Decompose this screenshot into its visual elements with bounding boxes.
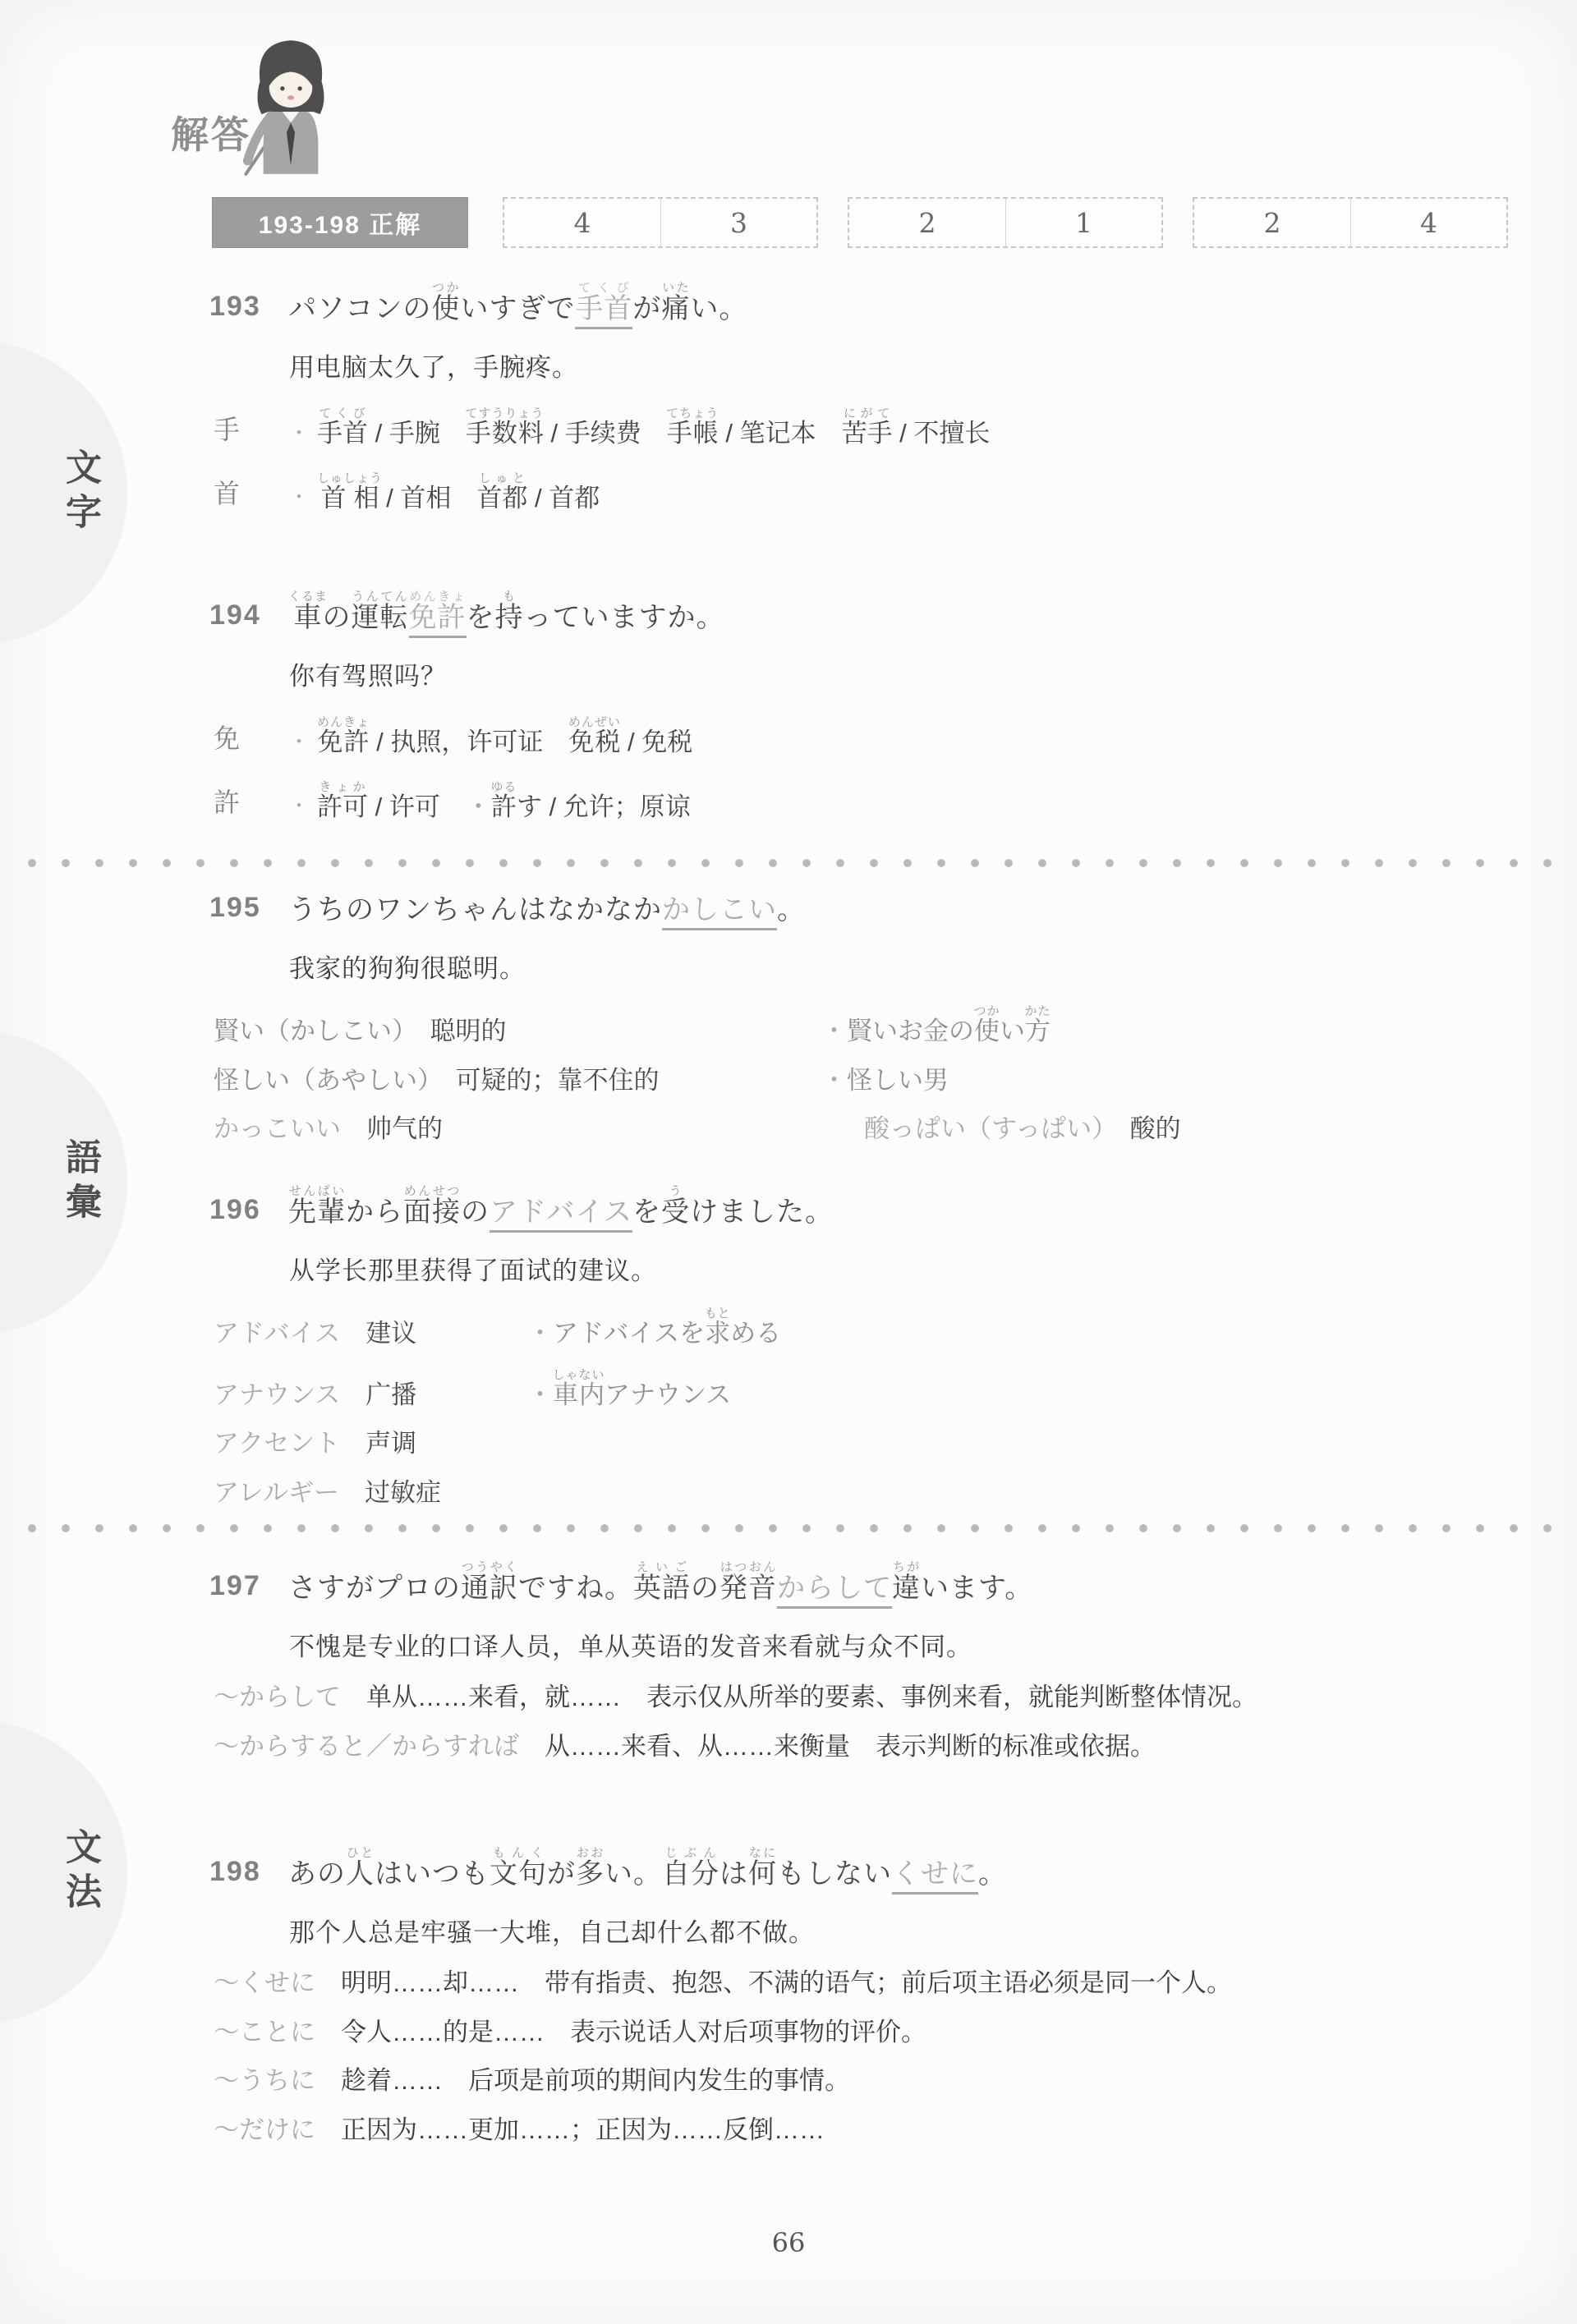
- answer-cell-198: 4: [1350, 199, 1506, 246]
- text-segment: 从……来看、从……来衡量 表示判断的标准或依据。: [519, 1732, 1156, 1761]
- text-segment: ～ことに: [214, 2018, 315, 2046]
- answer-cell-197: 2: [1194, 199, 1350, 246]
- eye-left: [280, 86, 284, 90]
- text-segment: / 笔记本: [719, 419, 842, 448]
- text-segment: 免許めんきょ: [317, 728, 370, 756]
- text-segment: / 执照，许可证: [370, 728, 569, 756]
- teacher-girl-illustration: [232, 31, 349, 181]
- text-segment: す / 允许；原谅: [517, 792, 691, 821]
- dotted-separator: [26, 1523, 1557, 1534]
- bullet-icon: ・: [289, 789, 309, 818]
- text-segment: い: [1000, 1017, 1025, 1045]
- question-195-sentence-row: 195 うちのワンちゃんはなかなかかしこい。: [0, 892, 1577, 926]
- question-number: 198: [209, 1856, 267, 1890]
- text-segment: アドバイスを: [553, 1319, 705, 1348]
- text-segment: 明明……却…… 带有指责、抱怨、不满的语气；前后项主语必须是同一个人。: [315, 1968, 1232, 1997]
- text-segment: あの: [288, 1858, 346, 1890]
- text-segment: から: [346, 1196, 403, 1228]
- text-segment: が: [632, 293, 661, 324]
- bullet-icon: ・: [289, 725, 309, 754]
- vocab-example: ・賢いお金の使つかい方かた: [821, 1004, 1051, 1046]
- text-segment: ～うちに: [214, 2066, 315, 2095]
- vocab-line: 首相しゅしょう / 首相 首都しゅと / 首都: [317, 471, 600, 513]
- text-segment: 广播: [340, 1380, 416, 1409]
- vocab-example: 酸っぱい（すっぱい） 酸的: [821, 1114, 1181, 1144]
- vocab-row: 免 ・ 免許めんきょ / 执照，许可证 免税めんぜい / 免税: [0, 715, 1577, 757]
- bullet-icon: ・: [289, 480, 309, 509]
- text-segment: 酸的: [1105, 1114, 1181, 1143]
- question-translation: 我家的狗狗很聪明。: [0, 948, 1577, 985]
- vocab-line: 免許めんきょ / 执照，许可证 免税めんぜい / 免税: [317, 715, 692, 757]
- vocab-entry: アナウンス 广播: [214, 1380, 527, 1410]
- text-segment: を: [467, 602, 495, 633]
- textbook-answer-page: 文字 語彙 文法 解答 193-198 正解 4 3 2 1: [0, 0, 1577, 2324]
- vocab-two-column-row: アドバイス 建议 ・アドバイスを求もとめる: [0, 1307, 1577, 1348]
- question-sentence: パソコンの使つかいすぎで手首てくびが痛いたい。: [288, 281, 747, 325]
- text-segment: を: [632, 1196, 661, 1228]
- question-194: 194 車くるまの運転うんてん免許めんきょを持もっていますか。 你有驾照吗？ 免…: [0, 590, 1577, 821]
- answer-key-bar: 193-198 正解 4 3 2 1 2 4: [212, 197, 1508, 248]
- text-segment: 通訳つうやく: [461, 1573, 518, 1604]
- text-segment: 車くるま: [288, 602, 323, 633]
- text-segment: っていますか。: [524, 602, 725, 633]
- text-segment: 可疑的；靠不住的: [430, 1066, 660, 1095]
- answer-group-2: 2 1: [848, 197, 1163, 248]
- text-segment: パソコンの: [288, 293, 431, 324]
- grammar-note: ～だけに 正因为……更加……；正因为……反倒……: [0, 2115, 1577, 2145]
- text-segment: うちのワンちゃんはなかなか: [288, 894, 662, 925]
- text-segment: 。: [978, 1858, 1007, 1890]
- text-segment: / 许可: [368, 792, 466, 821]
- answer-word: アドバイス: [490, 1196, 632, 1233]
- vocab-entry: アクセント 声调: [214, 1429, 527, 1458]
- text-segment: ～くせに: [214, 1968, 315, 1997]
- dotted-separator: [26, 857, 1557, 869]
- text-segment: 趁着…… 后项是前项的期间内发生的事情。: [315, 2066, 850, 2095]
- answer-word: 手首てくび: [575, 293, 632, 329]
- question-197-sentence-row: 197 さすがプロの通訳つうやくですね。英語えいごの発音はつおんからして違ちがい…: [0, 1560, 1577, 1605]
- text-segment: 帅气的: [341, 1114, 443, 1143]
- text-segment: 声调: [340, 1429, 416, 1458]
- vocab-entry: かっこいい 帅气的: [214, 1114, 821, 1144]
- vocab-two-column-row: アクセント 声调: [0, 1429, 1577, 1458]
- text-segment: かっこいい: [214, 1114, 341, 1143]
- text-segment: 多おお: [576, 1858, 605, 1890]
- text-segment: が: [547, 1858, 576, 1890]
- text-segment: い。: [605, 1858, 662, 1890]
- answer-word: からして: [777, 1573, 892, 1609]
- question-sentence: あの人ひとはいつも文句もんくが多おおい。自分じぶんは何なにもしないくせに。: [288, 1846, 1007, 1890]
- grammar-note: ～からして 单从……来看，就…… 表示仅从所举的要素、事例来看，就能判断整体情况…: [0, 1683, 1577, 1712]
- text-segment: 聪明的: [405, 1017, 507, 1045]
- text-segment: / 首相: [379, 484, 477, 512]
- question-number: 193: [209, 291, 267, 325]
- text-segment: けました。: [690, 1196, 834, 1228]
- question-number: 194: [209, 599, 267, 634]
- text-segment: 苦手にがて: [842, 419, 893, 448]
- question-translation: 不愧是专业的口译人员，单从英语的发音来看就与众不同。: [0, 1626, 1577, 1663]
- vocab-entry: 怪しい（あやしい） 可疑的；靠不住的: [214, 1066, 821, 1095]
- text-segment: 怪しい男: [847, 1066, 949, 1095]
- answer-word: くせに: [892, 1858, 978, 1895]
- answer-group-1: 4 3: [503, 197, 818, 248]
- text-segment: 許ゆる: [491, 792, 517, 821]
- answer-cell-194: 3: [660, 199, 816, 246]
- question-translation: 从学长那里获得了面试的建议。: [0, 1250, 1577, 1287]
- text-segment: 求もと: [705, 1319, 730, 1348]
- text-segment: ・: [527, 1319, 553, 1348]
- text-segment: 手数料てすうりょう: [466, 419, 544, 448]
- text-segment: 賢いお金の: [847, 1017, 974, 1045]
- text-segment: 免税めんぜい: [568, 728, 620, 756]
- text-segment: ～だけに: [214, 2115, 315, 2144]
- question-198: 198 あの人ひとはいつも文句もんくが多おおい。自分じぶんは何なにもしないくせに…: [0, 1846, 1577, 2145]
- question-number: 197: [209, 1570, 267, 1605]
- text-segment: 手帳てちょう: [667, 419, 719, 448]
- text-segment: 。: [777, 894, 806, 925]
- text-segment: もしない: [777, 1858, 892, 1890]
- text-segment: 車内しゃない: [553, 1380, 605, 1409]
- text-segment: 文句もんく: [490, 1858, 547, 1890]
- text-segment: 英語えいご: [633, 1573, 691, 1604]
- vocab-head-kanji: 手: [214, 409, 256, 448]
- text-segment: さすがプロの: [288, 1573, 461, 1604]
- text-segment: 違ちが: [892, 1573, 921, 1604]
- vocab-example: ・怪しい男: [821, 1066, 949, 1095]
- vocab-example: ・アドバイスを求もとめる: [527, 1307, 781, 1348]
- text-segment: 何なに: [748, 1858, 777, 1890]
- text-segment: の: [323, 602, 352, 633]
- bullet-icon: ・: [289, 416, 309, 445]
- vocab-two-column-row: 怪しい（あやしい） 可疑的；靠不住的 ・怪しい男: [0, 1066, 1577, 1095]
- vocab-two-column-row: 賢い（かしこい） 聪明的 ・賢いお金の使つかい方かた: [0, 1004, 1577, 1046]
- text-segment: いすぎで: [460, 293, 575, 324]
- question-sentence: 車くるまの運転うんてん免許めんきょを持もっていますか。: [288, 590, 725, 634]
- text-segment: アクセント: [214, 1429, 340, 1458]
- question-193: 193 パソコンの使つかいすぎで手首てくびが痛いたい。 用电脑太久了，手腕疼。 …: [0, 281, 1577, 512]
- answer-word: 免許めんきょ: [409, 602, 467, 638]
- grammar-note: ～くせに 明明……却…… 带有指责、抱怨、不满的语气；前后项主语必须是同一个人。: [0, 1968, 1577, 1998]
- grammar-note: ～ことに 令人……的是…… 表示说话人对后项事物的评价。: [0, 2018, 1577, 2047]
- text-segment: ・: [527, 1380, 553, 1409]
- text-segment: 痛いた: [661, 293, 690, 324]
- answer-cell-195: 2: [849, 199, 1005, 246]
- text-segment: の: [461, 1196, 490, 1228]
- text-segment: 先輩せんぱい: [288, 1196, 346, 1228]
- text-segment: ですね。: [518, 1573, 633, 1604]
- mouth: [287, 95, 294, 99]
- page-number: 66: [0, 2227, 1577, 2258]
- vocab-head-kanji: 許: [214, 782, 256, 821]
- grammar-note: ～からすると／からすれば 从……来看、从……来衡量 表示判断的标准或依据。: [0, 1732, 1577, 1761]
- answer-groups: 4 3 2 1 2 4: [503, 197, 1508, 248]
- text-segment: 使つか: [431, 293, 460, 324]
- text-segment: / 首都: [527, 484, 600, 512]
- text-segment: ・: [821, 1017, 847, 1045]
- text-segment: 过敏症: [339, 1478, 441, 1507]
- text-segment: アドバイス: [214, 1319, 340, 1348]
- text-segment: 首相しゅしょう: [317, 484, 379, 512]
- text-segment: 令人……的是…… 表示说话人对后项事物的评价。: [315, 2018, 926, 2046]
- question-translation: 那个人总是牢骚一大堆，自己却什么都不做。: [0, 1912, 1577, 1949]
- vocab-row: 手 ・ 手首てくび / 手腕 手数料てすうりょう / 手续费 手帳てちょう / …: [0, 406, 1577, 448]
- answer-key-label: 193-198 正解: [212, 197, 468, 248]
- question-number: 196: [209, 1194, 267, 1229]
- text-segment: 单从……来看，就…… 表示仅从所举的要素、事例来看，就能判断整体情况。: [341, 1683, 1257, 1711]
- text-segment: アナウンス: [214, 1380, 340, 1409]
- text-segment: ・: [466, 792, 491, 821]
- answer-group-3: 2 4: [1193, 197, 1508, 248]
- vocab-entry: 賢い（かしこい） 聪明的: [214, 1017, 821, 1046]
- question-sentence: さすがプロの通訳つうやくですね。英語えいごの発音はつおんからして違ちがいます。: [288, 1560, 1033, 1605]
- text-segment: 酸っぱい（すっぱい）: [864, 1114, 1105, 1143]
- text-segment: 許可きょか: [317, 792, 368, 821]
- vocab-head-kanji: 免: [214, 718, 256, 757]
- vocab-line: 許可きょか / 许可 ・許ゆるす / 允许；原谅: [317, 780, 691, 822]
- vocab-row: 首 ・ 首相しゅしょう / 首相 首都しゅと / 首都: [0, 471, 1577, 513]
- text-segment: 受う: [661, 1196, 690, 1228]
- text-segment: 面接めんせつ: [403, 1196, 461, 1228]
- vocab-two-column-row: アレルギー 过敏症: [0, 1478, 1577, 1508]
- text-segment: はいつも: [375, 1858, 490, 1890]
- text-segment: / 免税: [620, 728, 692, 756]
- question-194-sentence-row: 194 車くるまの運転うんてん免許めんきょを持もっていますか。: [0, 590, 1577, 634]
- question-196-sentence-row: 196 先輩せんぱいから面接めんせつのアドバイスを受うけました。: [0, 1184, 1577, 1229]
- vocab-entry: アドバイス 建议: [214, 1319, 527, 1348]
- text-segment: 運転うんてん: [352, 602, 409, 633]
- text-segment: 発音はつおん: [720, 1573, 777, 1604]
- text-segment: 正因为……更加……；正因为……反倒……: [315, 2115, 825, 2144]
- text-segment: アレルギー: [214, 1478, 339, 1507]
- grammar-note: ～うちに 趁着…… 后项是前项的期间内发生的事情。: [0, 2066, 1577, 2096]
- text-segment: ～からして: [214, 1683, 341, 1711]
- text-segment: 建议: [340, 1319, 416, 1348]
- text-segment: います。: [921, 1573, 1033, 1604]
- vocab-two-column-row: アナウンス 广播 ・車内しゃないアナウンス: [0, 1368, 1577, 1410]
- text-segment: 使つか: [974, 1017, 1000, 1045]
- text-segment: 賢い（かしこい）: [214, 1017, 405, 1045]
- text-segment: 人ひと: [346, 1858, 375, 1890]
- question-193-sentence-row: 193 パソコンの使つかいすぎで手首てくびが痛いたい。: [0, 281, 1577, 325]
- text-segment: / 手腕: [368, 419, 466, 448]
- text-segment: / 手续费: [544, 419, 667, 448]
- question-sentence: うちのワンちゃんはなかなかかしこい。: [288, 894, 806, 926]
- text-segment: 怪しい（あやしい）: [214, 1066, 430, 1095]
- vocab-example: ・車内しゃないアナウンス: [527, 1368, 731, 1410]
- text-segment: は: [720, 1858, 748, 1890]
- text-segment: 手首てくび: [317, 419, 368, 448]
- question-198-sentence-row: 198 あの人ひとはいつも文句もんくが多おおい。自分じぶんは何なにもしないくせに…: [0, 1846, 1577, 1890]
- text-segment: アナウンス: [605, 1380, 731, 1409]
- question-translation: 你有驾照吗？: [0, 655, 1577, 692]
- text-segment: める: [730, 1319, 781, 1348]
- vocab-row: 許 ・ 許可きょか / 许可 ・許ゆるす / 允许；原谅: [0, 780, 1577, 822]
- text-segment: 持も: [495, 602, 524, 633]
- text-segment: の: [691, 1573, 720, 1604]
- question-197: 197 さすがプロの通訳つうやくですね。英語えいごの発音はつおんからして違ちがい…: [0, 1560, 1577, 1761]
- answer-cell-196: 1: [1005, 199, 1161, 246]
- question-sentence: 先輩せんぱいから面接めんせつのアドバイスを受うけました。: [288, 1184, 834, 1229]
- question-translation: 用电脑太久了，手腕疼。: [0, 347, 1577, 384]
- text-segment: 首都しゅと: [476, 484, 527, 512]
- text-segment: 方かた: [1025, 1017, 1051, 1045]
- text-segment: 自分じぶん: [662, 1858, 720, 1890]
- text-segment: / 不擅长: [893, 419, 991, 448]
- vocab-entry: アレルギー 过敏症: [214, 1478, 527, 1508]
- answer-word: かしこい: [662, 894, 777, 930]
- vocab-head-kanji: 首: [214, 473, 256, 512]
- vocab-line: 手首てくび / 手腕 手数料てすうりょう / 手续费 手帳てちょう / 笔记本 …: [317, 406, 990, 448]
- eye-right: [297, 86, 301, 90]
- answer-cell-193: 4: [504, 199, 660, 246]
- question-195: 195 うちのワンちゃんはなかなかかしこい。 我家的狗狗很聪明。 賢い（かしこい…: [0, 892, 1577, 1144]
- text-segment: ・: [821, 1066, 847, 1095]
- question-196: 196 先輩せんぱいから面接めんせつのアドバイスを受うけました。 从学长那里获得…: [0, 1184, 1577, 1508]
- vocab-two-column-row: かっこいい 帅气的 酸っぱい（すっぱい） 酸的: [0, 1114, 1577, 1144]
- question-number: 195: [209, 892, 267, 926]
- text-segment: い。: [690, 293, 747, 324]
- text-segment: ～からすると／からすれば: [214, 1732, 519, 1761]
